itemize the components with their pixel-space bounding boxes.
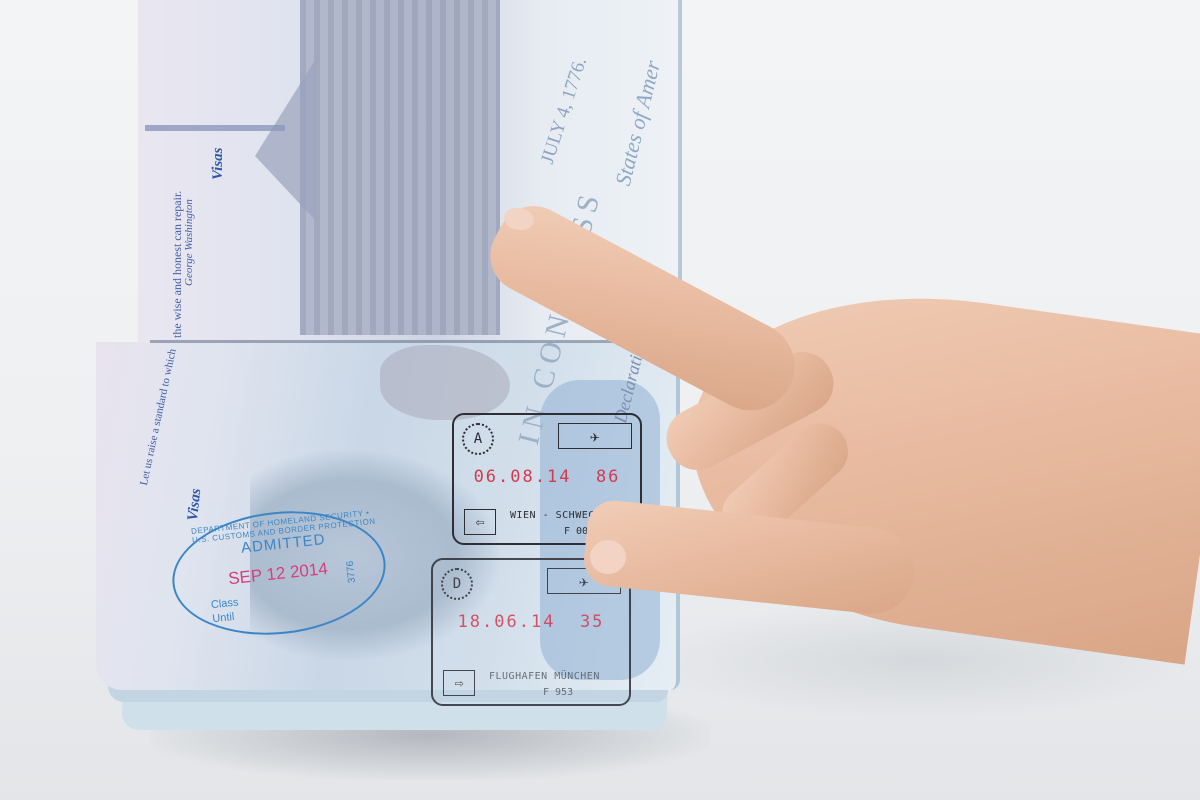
airplane-icon: ✈ [558, 423, 632, 449]
visas-label-lower: Visas [185, 488, 205, 522]
entry-arrow-icon: ⇨ [443, 670, 475, 696]
photo-scene: the wise and honest can repair. George W… [0, 0, 1200, 800]
exit-arrow-icon: ⇦ [464, 509, 496, 535]
germany-stamp-place: FLUGHAFEN MÜNCHEN [489, 671, 600, 682]
visas-label-upper: Visas [210, 147, 227, 180]
quote-author: George Washington [183, 199, 195, 286]
eu-stars-country-icon: D [441, 568, 473, 600]
germany-stamp-date: 18.06.14 35 [433, 612, 629, 632]
page-fold [150, 340, 678, 343]
eu-stars-country-icon: A [462, 423, 494, 455]
hall-spire-illustration [145, 125, 285, 131]
us-stamp-number: 3776 [345, 560, 358, 583]
independence-hall-illustration [300, 0, 500, 335]
thumb-nail [590, 540, 626, 574]
austria-stamp-date: 06.08.14 86 [454, 467, 640, 487]
us-stamp-class-label: Class [210, 596, 239, 611]
us-stamp-until-label: Until [212, 611, 235, 625]
us-stamp-date: SEP 12 2014 [227, 559, 328, 589]
germany-stamp-code: F 953 [543, 687, 573, 698]
